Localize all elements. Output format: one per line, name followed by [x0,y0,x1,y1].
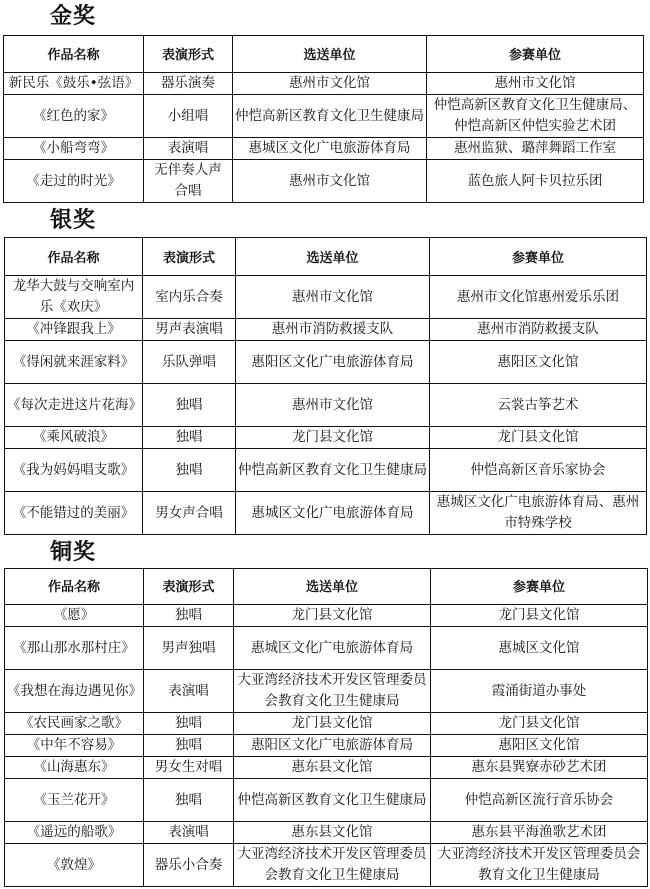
table-row: 《农民画家之歌》 独唱 龙门县文化馆 龙门县文化馆 [5,713,648,735]
cell-submitting-unit: 仲恺高新区教育文化卫生健康局 [234,779,431,822]
cell-performance-form: 独唱 [144,735,234,757]
cell-work-name: 《冲锋跟我上》 [5,319,143,341]
table-header-row: 作品名称 表演形式 选送单位 参赛单位 [5,238,647,276]
cell-performance-form: 独唱 [143,384,236,427]
header-performance-form: 表演形式 [143,238,236,276]
cell-participating-unit: 惠城区文化广电旅游体育局、惠州市特殊学校 [430,492,647,535]
cell-performance-form: 独唱 [144,605,234,627]
cell-performance-form: 独唱 [143,427,236,449]
cell-performance-form: 独唱 [144,779,234,822]
cell-submitting-unit: 仲恺高新区教育文化卫生健康局 [236,449,430,492]
cell-work-name: 《得闲就来涯家料》 [5,341,143,384]
cell-performance-form: 男声表演唱 [143,319,236,341]
cell-work-name: 《农民画家之歌》 [5,713,144,735]
cell-work-name: 《我为妈妈唱支歌》 [5,449,143,492]
cell-participating-unit: 惠城区文化馆 [431,627,648,670]
cell-performance-form: 表演唱 [144,670,234,713]
cell-submitting-unit: 惠东县文化馆 [234,757,431,779]
table-row: 龙华大鼓与交响室内乐《欢庆》 室内乐合奏 惠州市文化馆 惠州市文化馆惠州爱乐乐团 [5,276,647,319]
cell-participating-unit: 惠州监狱、璐萍舞蹈工作室 [427,138,644,160]
cell-performance-form: 器乐演奏 [144,73,233,95]
table-row: 《那山那水那村庄》 男声独唱 惠城区文化广电旅游体育局 惠城区文化馆 [5,627,648,670]
cell-submitting-unit: 惠城区文化广电旅游体育局 [233,138,427,160]
header-participating-unit: 参赛单位 [430,238,647,276]
cell-work-name: 《那山那水那村庄》 [5,627,144,670]
bronze-award-table: 作品名称 表演形式 选送单位 参赛单位 《愿》 独唱 龙门县文化馆 龙门县文化馆… [4,568,648,887]
gold-award-table: 作品名称 表演形式 选送单位 参赛单位 新民乐《鼓乐•弦语》 器乐演奏 惠州市文… [3,35,644,203]
cell-work-name: 《小船弯弯》 [4,138,144,160]
cell-performance-form: 器乐小合奏 [144,844,234,887]
cell-performance-form: 乐队弹唱 [143,341,236,384]
header-participating-unit: 参赛单位 [427,36,644,73]
silver-award-table: 作品名称 表演形式 选送单位 参赛单位 龙华大鼓与交响室内乐《欢庆》 室内乐合奏… [4,237,647,535]
cell-work-name: 《遥远的船歌》 [5,822,144,844]
cell-participating-unit: 龙门县文化馆 [431,713,648,735]
table-row: 《走过的时光》 无伴奏人声合唱 惠州市文化馆 蓝色旅人阿卡贝拉乐团 [4,160,644,203]
cell-participating-unit: 龙门县文化馆 [430,427,647,449]
cell-work-name: 《每次走进这片花海》 [5,384,143,427]
header-performance-form: 表演形式 [144,36,233,73]
cell-work-name: 《山海惠东》 [5,757,144,779]
header-work-name: 作品名称 [5,569,144,605]
cell-participating-unit: 蓝色旅人阿卡贝拉乐团 [427,160,644,203]
header-performance-form: 表演形式 [144,569,234,605]
cell-participating-unit: 云裳古筝艺术 [430,384,647,427]
table-row: 《得闲就来涯家料》 乐队弹唱 惠阳区文化广电旅游体育局 惠阳区文化馆 [5,341,647,384]
header-submitting-unit: 选送单位 [234,569,431,605]
table-row: 《玉兰花开》 独唱 仲恺高新区教育文化卫生健康局 仲恺高新区流行音乐协会 [5,779,648,822]
cell-submitting-unit: 龙门县文化馆 [234,713,431,735]
cell-participating-unit: 惠东县平海渔歌艺术团 [431,822,648,844]
table-row: 《小船弯弯》 表演唱 惠城区文化广电旅游体育局 惠州监狱、璐萍舞蹈工作室 [4,138,644,160]
cell-performance-form: 小组唱 [144,95,233,138]
table-row: 《不能错过的美丽》 男女声合唱 惠城区文化广电旅游体育局 惠城区文化广电旅游体育… [5,492,647,535]
cell-performance-form: 室内乐合奏 [143,276,236,319]
cell-work-name: 新民乐《鼓乐•弦语》 [4,73,144,95]
cell-submitting-unit: 惠州市文化馆 [236,276,430,319]
cell-submitting-unit: 惠东县文化馆 [234,822,431,844]
table-row: 《中年不容易》 独唱 惠阳区文化广电旅游体育局 惠阳区文化馆 [5,735,648,757]
cell-work-name: 《走过的时光》 [4,160,144,203]
cell-performance-form: 表演唱 [144,822,234,844]
cell-work-name: 《红色的家》 [4,95,144,138]
table-row: 新民乐《鼓乐•弦语》 器乐演奏 惠州市文化馆 惠州市文化馆 [4,73,644,95]
cell-participating-unit: 惠州市消防救援支队 [430,319,647,341]
table-header-row: 作品名称 表演形式 选送单位 参赛单位 [4,36,644,73]
table-row: 《山海惠东》 男女生对唱 惠东县文化馆 惠东县巽寮赤砂艺术团 [5,757,648,779]
cell-participating-unit: 惠阳区文化馆 [430,341,647,384]
cell-submitting-unit: 龙门县文化馆 [236,427,430,449]
cell-participating-unit: 惠州市文化馆惠州爱乐乐团 [430,276,647,319]
cell-participating-unit: 龙门县文化馆 [431,605,648,627]
section-title-gold: 金奖 [50,4,96,30]
cell-participating-unit: 仲恺高新区教育文化卫生健康局、仲恺高新区仲恺实验艺术团 [427,95,644,138]
header-work-name: 作品名称 [4,36,144,73]
cell-submitting-unit: 惠州市消防救援支队 [236,319,430,341]
header-participating-unit: 参赛单位 [431,569,648,605]
table-row: 《敦煌》 器乐小合奏 大亚湾经济技术开发区管理委员会教育文化卫生健康局 大亚湾经… [5,844,648,887]
cell-submitting-unit: 仲恺高新区教育文化卫生健康局 [233,95,427,138]
cell-work-name: 《愿》 [5,605,144,627]
cell-performance-form: 男声独唱 [144,627,234,670]
cell-participating-unit: 霞涌街道办事处 [431,670,648,713]
cell-work-name: 《我想在海边遇见你》 [5,670,144,713]
table-row: 《乘风破浪》 独唱 龙门县文化馆 龙门县文化馆 [5,427,647,449]
cell-participating-unit: 惠阳区文化馆 [431,735,648,757]
cell-participating-unit: 仲恺高新区流行音乐协会 [431,779,648,822]
cell-submitting-unit: 大亚湾经济技术开发区管理委员会教育文化卫生健康局 [234,670,431,713]
cell-work-name: 《不能错过的美丽》 [5,492,143,535]
cell-submitting-unit: 惠州市文化馆 [233,160,427,203]
cell-performance-form: 独唱 [144,713,234,735]
table-row: 《我想在海边遇见你》 表演唱 大亚湾经济技术开发区管理委员会教育文化卫生健康局 … [5,670,648,713]
cell-performance-form: 独唱 [143,449,236,492]
header-submitting-unit: 选送单位 [236,238,430,276]
cell-submitting-unit: 惠州市文化馆 [233,73,427,95]
section-title-silver: 银奖 [50,208,96,234]
cell-participating-unit: 大亚湾经济技术开发区管理委员会教育文化卫生健康局 [431,844,648,887]
cell-submitting-unit: 惠阳区文化广电旅游体育局 [236,341,430,384]
cell-performance-form: 表演唱 [144,138,233,160]
table-row: 《冲锋跟我上》 男声表演唱 惠州市消防救援支队 惠州市消防救援支队 [5,319,647,341]
table-row: 《红色的家》 小组唱 仲恺高新区教育文化卫生健康局 仲恺高新区教育文化卫生健康局… [4,95,644,138]
cell-performance-form: 男女生对唱 [144,757,234,779]
cell-submitting-unit: 惠城区文化广电旅游体育局 [236,492,430,535]
cell-submitting-unit: 惠州市文化馆 [236,384,430,427]
cell-participating-unit: 惠州市文化馆 [427,73,644,95]
table-row: 《我为妈妈唱支歌》 独唱 仲恺高新区教育文化卫生健康局 仲恺高新区音乐家协会 [5,449,647,492]
table-row: 《愿》 独唱 龙门县文化馆 龙门县文化馆 [5,605,648,627]
cell-submitting-unit: 大亚湾经济技术开发区管理委员会教育文化卫生健康局 [234,844,431,887]
cell-work-name: 《乘风破浪》 [5,427,143,449]
cell-submitting-unit: 惠阳区文化广电旅游体育局 [234,735,431,757]
header-submitting-unit: 选送单位 [233,36,427,73]
header-work-name: 作品名称 [5,238,143,276]
table-row: 《每次走进这片花海》 独唱 惠州市文化馆 云裳古筝艺术 [5,384,647,427]
section-title-bronze: 铜奖 [50,540,96,566]
cell-work-name: 龙华大鼓与交响室内乐《欢庆》 [5,276,143,319]
cell-work-name: 《敦煌》 [5,844,144,887]
cell-participating-unit: 仲恺高新区音乐家协会 [430,449,647,492]
cell-work-name: 《玉兰花开》 [5,779,144,822]
cell-submitting-unit: 惠城区文化广电旅游体育局 [234,627,431,670]
cell-work-name: 《中年不容易》 [5,735,144,757]
cell-submitting-unit: 龙门县文化馆 [234,605,431,627]
cell-participating-unit: 惠东县巽寮赤砂艺术团 [431,757,648,779]
cell-performance-form: 无伴奏人声合唱 [144,160,233,203]
table-row: 《遥远的船歌》 表演唱 惠东县文化馆 惠东县平海渔歌艺术团 [5,822,648,844]
table-header-row: 作品名称 表演形式 选送单位 参赛单位 [5,569,648,605]
cell-performance-form: 男女声合唱 [143,492,236,535]
